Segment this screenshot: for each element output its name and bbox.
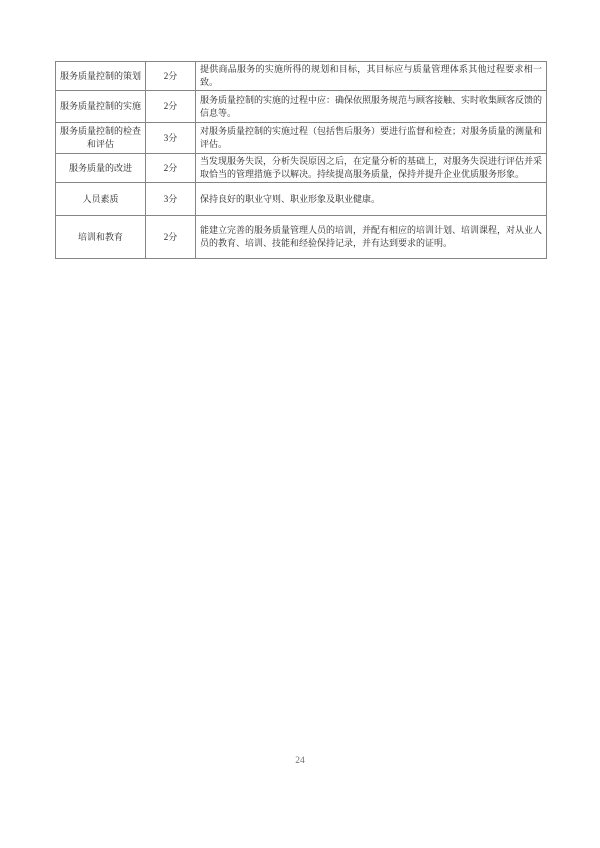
page-number: 24	[0, 756, 600, 766]
score-cell: 2分	[146, 62, 196, 91]
table-row: 服务质量控制的实施 2分 服务质量控制的实施的过程中应：确保依照服务规范与顾客接…	[56, 91, 547, 123]
score-cell: 3分	[146, 183, 196, 216]
score-cell: 2分	[146, 216, 196, 259]
criterion-cell: 培训和教育	[56, 216, 146, 259]
document-page: 服务质量控制的策划 2分 提供商品服务的实施所得的规划和目标，其目标应与质量管理…	[0, 0, 600, 848]
table-row: 服务质量控制的检查和评估 3分 对服务质量控制的实施过程（包括售后服务）要进行监…	[56, 123, 547, 154]
score-cell: 3分	[146, 123, 196, 154]
description-cell: 对服务质量控制的实施过程（包括售后服务）要进行监督和检查；对服务质量的测量和评估…	[196, 123, 547, 154]
criterion-cell: 服务质量控制的检查和评估	[56, 123, 146, 154]
description-cell: 提供商品服务的实施所得的规划和目标，其目标应与质量管理体系其他过程要求相一致。	[196, 62, 547, 91]
description-cell: 服务质量控制的实施的过程中应：确保依照服务规范与顾客接触、实时收集顾客反馈的信息…	[196, 91, 547, 123]
description-cell: 能建立完善的服务质量管理人员的培训，并配有相应的培训计划、培训课程，对从业人员的…	[196, 216, 547, 259]
criterion-cell: 服务质量控制的实施	[56, 91, 146, 123]
table-row: 服务质量的改进 2分 当发现服务失误，分析失误原因之后，在定量分析的基础上，对服…	[56, 154, 547, 183]
table-row: 培训和教育 2分 能建立完善的服务质量管理人员的培训，并配有相应的培训计划、培训…	[56, 216, 547, 259]
table-row: 服务质量控制的策划 2分 提供商品服务的实施所得的规划和目标，其目标应与质量管理…	[56, 62, 547, 91]
assessment-table: 服务质量控制的策划 2分 提供商品服务的实施所得的规划和目标，其目标应与质量管理…	[55, 61, 547, 259]
table-row: 人员素质 3分 保持良好的职业守则、职业形象及职业健康。	[56, 183, 547, 216]
criterion-cell: 人员素质	[56, 183, 146, 216]
description-cell: 当发现服务失误，分析失误原因之后，在定量分析的基础上，对服务失误进行评估并采取恰…	[196, 154, 547, 183]
criterion-cell: 服务质量的改进	[56, 154, 146, 183]
criterion-cell: 服务质量控制的策划	[56, 62, 146, 91]
score-cell: 2分	[146, 91, 196, 123]
score-cell: 2分	[146, 154, 196, 183]
description-cell: 保持良好的职业守则、职业形象及职业健康。	[196, 183, 547, 216]
